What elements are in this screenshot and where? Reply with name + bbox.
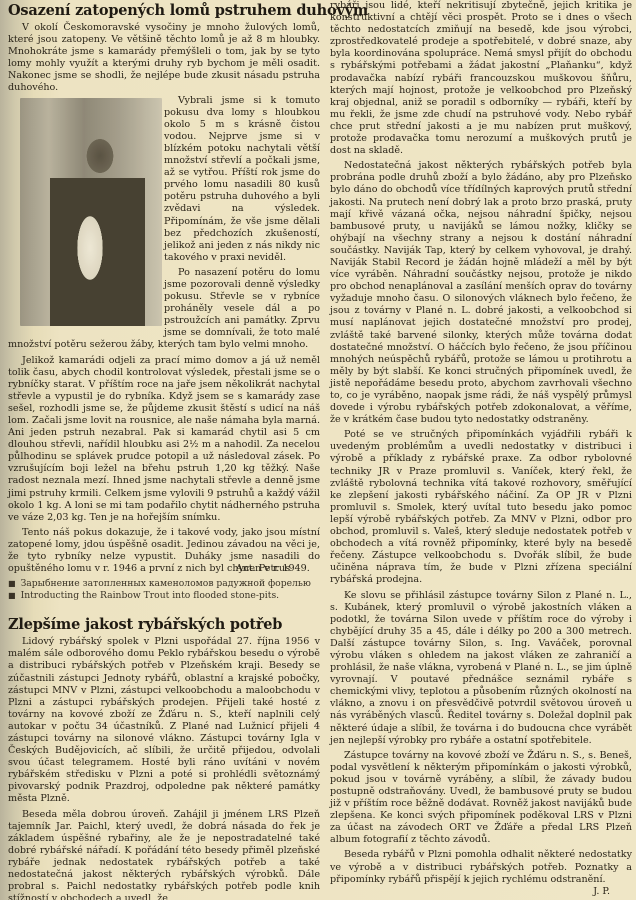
square-bullet-icon: ■ [8, 578, 16, 590]
article-paragraph: Beseda měla dobrou úroveň. Zahájil ji jm… [8, 809, 320, 900]
summary-english: ■ Introducting the Rainbow Trout into fl… [8, 590, 320, 602]
article-title: Osazení zatopených lomů pstruhem duhovým [8, 2, 320, 19]
left-column: Osazení zatopených lomů pstruhem duhovým… [8, 0, 320, 900]
article-paragraph: Lidový rybářský spolek v Plzni uspořádal… [8, 636, 320, 805]
article-trout-stocking: Osazení zatopených lomů pstruhem duhovým… [8, 2, 320, 601]
fisherman-with-trout-photo [20, 98, 162, 326]
article-paragraph: Zástupce továrny na kovové zboží ve Žďár… [330, 750, 632, 847]
summary-text: Зарыбнение затопленных каменоломов радуж… [21, 578, 311, 590]
article-paragraph: Beseda rybářů v Plzni pomohla odhalit ně… [330, 849, 632, 885]
article-title: Zlepšíme jakost rybářských potřeb [8, 616, 320, 633]
article-paragraph: Poté se ve stručných připomínkách vyjádř… [330, 429, 632, 586]
article-paragraph: Ke slovu se přihlásil zástupce továrny S… [330, 590, 632, 747]
article-paragraph-continued: rybáři jsou lidé, kteří nekritisují zbyt… [330, 0, 632, 157]
author-initials: J. P. [593, 886, 632, 897]
photo-container [8, 98, 156, 326]
foreign-summaries: ■ Зарыбнение затопленных каменоломов рад… [8, 578, 320, 601]
article-fishing-gear-quality: Zlepšíme jakost rybářských potřeb Lidový… [8, 616, 320, 900]
article-paragraph: Jelikož kamarádi odjeli za prací mimo do… [8, 355, 320, 524]
article-intro: V okolí Českomoravské vysočiny je mnoho … [8, 22, 320, 95]
article-paragraph: Nedostatečná jakost některých rybářských… [330, 160, 632, 426]
summary-text: Introducting the Rainbow Trout into floo… [21, 590, 280, 602]
square-bullet-icon: ■ [8, 590, 16, 602]
article-author: J. P. [330, 886, 632, 897]
right-column: rybáři jsou lidé, kteří nekritisují zbyt… [330, 0, 632, 897]
summary-russian: ■ Зарыбнение затопленных каменоломов рад… [8, 578, 320, 590]
